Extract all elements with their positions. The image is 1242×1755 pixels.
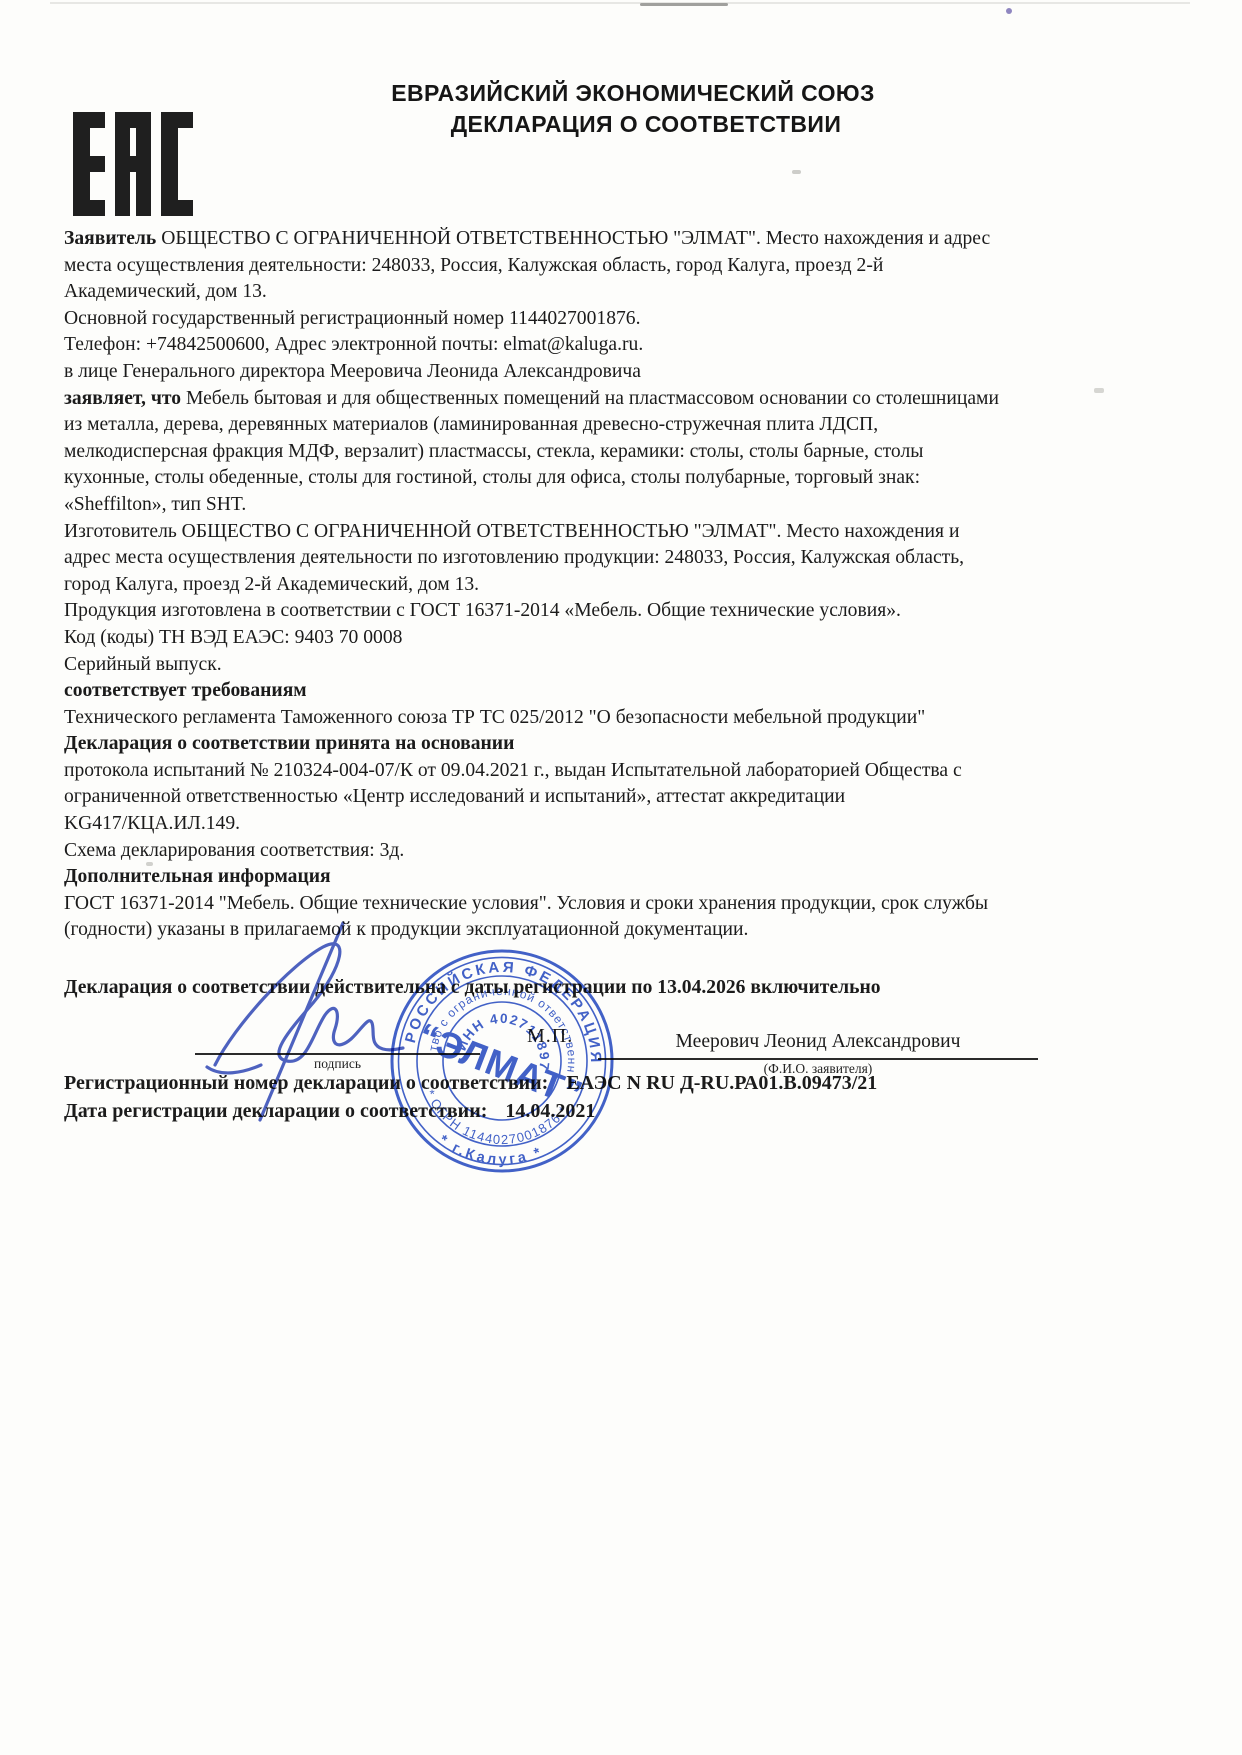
body-line: Серийный выпуск. (64, 652, 1204, 679)
company-stamp: РОССИЙСКАЯ ФЕДЕРАЦИЯ * г.Калуга * Общест… (382, 941, 622, 1181)
document-header: ЕВРАЗИЙСКИЙ ЭКОНОМИЧЕСКИЙ СОЮЗ ДЕКЛАРАЦИ… (12, 78, 1242, 140)
applicant-name: Меерович Леонид Александрович (598, 1031, 1038, 1053)
body-line: в лице Генерального директора Мееровича … (64, 359, 1204, 386)
body-line: соответствует требованиям (64, 678, 1204, 705)
scan-artifact (1006, 8, 1012, 14)
body-line: ГОСТ 16371-2014 "Мебель. Общие техническ… (64, 891, 1204, 918)
scan-artifact (640, 3, 728, 6)
body-line: Продукция изготовлена в соответствии с Г… (64, 598, 1204, 625)
body-line: Основной государственный регистрационный… (64, 306, 1204, 333)
scan-artifact (50, 2, 1190, 4)
scan-artifact (792, 170, 801, 174)
body-line: места осуществления деятельности: 248033… (64, 253, 1204, 280)
body-line: город Калуга, проезд 2-й Академический, … (64, 572, 1204, 599)
body-line: Академический, дом 13. (64, 279, 1204, 306)
declaration-document: ЕВРАЗИЙСКИЙ ЭКОНОМИЧЕСКИЙ СОЮЗ ДЕКЛАРАЦИ… (0, 0, 1242, 1755)
body-line: протокола испытаний № 210324-004-07/К от… (64, 758, 1204, 785)
declaration-body: Заявитель ОБЩЕСТВО С ОГРАНИЧЕННОЙ ОТВЕТС… (64, 226, 1204, 944)
body-line: кухонные, столы обеденные, столы для гос… (64, 465, 1204, 492)
body-line: Изготовитель ОБЩЕСТВО С ОГРАНИЧЕННОЙ ОТВ… (64, 519, 1204, 546)
body-line: KG417/КЦА.ИЛ.149. (64, 811, 1204, 838)
body-line: заявляет, что Мебель бытовая и для общес… (64, 386, 1204, 413)
signature-ink (185, 915, 415, 1130)
body-line: ограниченной ответственностью «Центр исс… (64, 784, 1204, 811)
body-line: Код (коды) ТН ВЭД ЕАЭС: 9403 70 0008 (64, 625, 1204, 652)
body-line: Телефон: +74842500600, Адрес электронной… (64, 332, 1204, 359)
body-line: Схема декларирования соответствия: 3д. (64, 838, 1204, 865)
body-line: из металла, дерева, деревянных материало… (64, 412, 1204, 439)
body-line: «Sheffilton», тип SHT. (64, 492, 1204, 519)
document-title: ДЕКЛАРАЦИЯ О СООТВЕТСТВИИ (12, 109, 1242, 140)
body-line: адрес места осуществления деятельности п… (64, 545, 1204, 572)
body-line: Дополнительная информация (64, 864, 1204, 891)
body-line: мелкодисперсная фракция МДФ, верзалит) п… (64, 439, 1204, 466)
body-line: Заявитель ОБЩЕСТВО С ОГРАНИЧЕННОЙ ОТВЕТС… (64, 226, 1204, 253)
union-title: ЕВРАЗИЙСКИЙ ЭКОНОМИЧЕСКИЙ СОЮЗ (12, 78, 1242, 109)
body-line: Декларация о соответствии принята на осн… (64, 731, 1204, 758)
applicant-name-line (598, 1058, 1038, 1060)
body-line: Технического регламента Таможенного союз… (64, 705, 1204, 732)
